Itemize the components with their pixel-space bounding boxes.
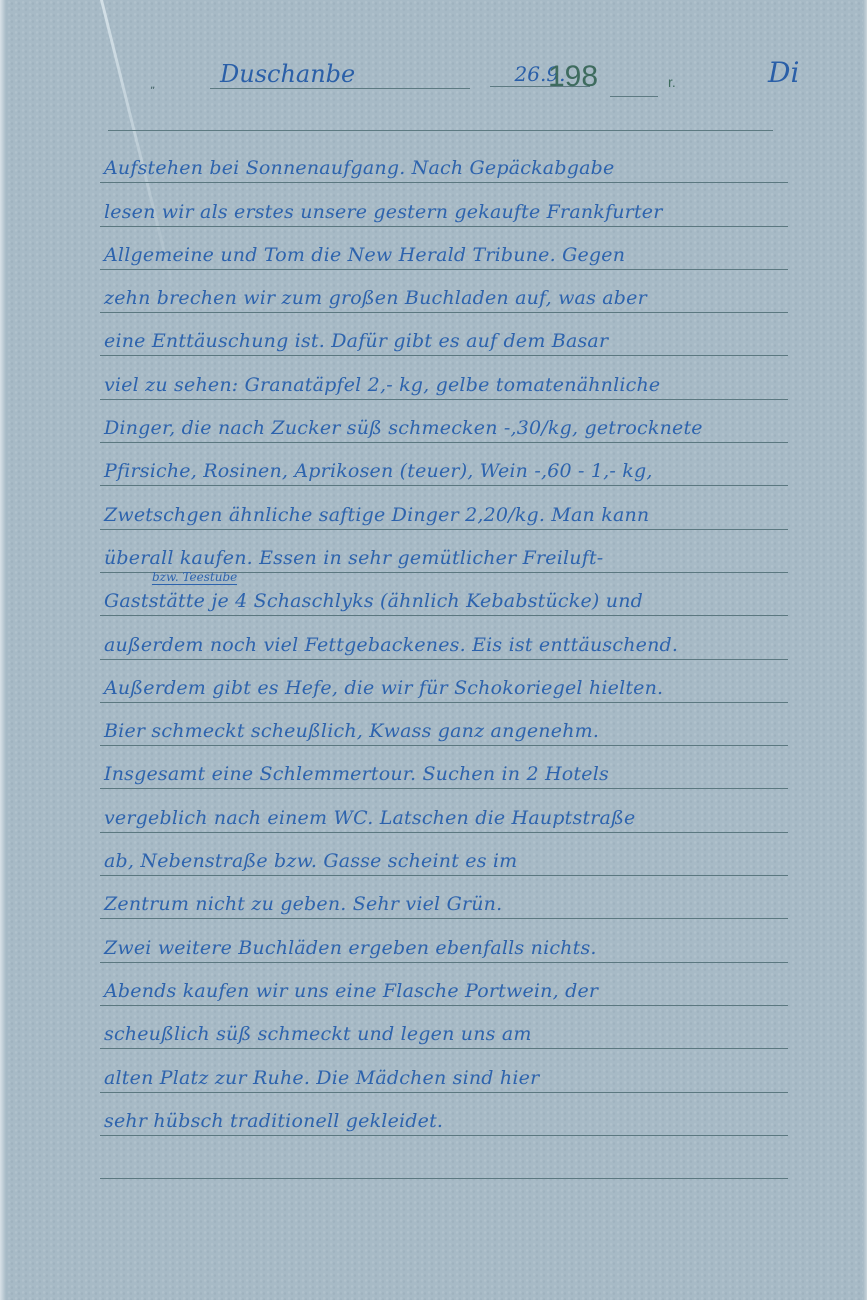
- handwritten-text: Gaststätte je 4 Schaschlyks (ähnlich Keb…: [104, 590, 643, 612]
- handwritten-line: eine Enttäuschung ist. Dafür gibt es auf…: [100, 313, 788, 356]
- handwritten-line: Außerdem gibt es Hefe, die wir für Schok…: [100, 660, 788, 703]
- year-suffix: r.: [668, 74, 676, 90]
- handwritten-text: Dinger, die nach Zucker süß schmecken -,…: [104, 417, 703, 439]
- handwritten-text: alten Platz zur Ruhe. Die Mädchen sind h…: [104, 1067, 539, 1089]
- handwritten-line: ab, Nebenstraße bzw. Gasse scheint es im: [100, 833, 788, 876]
- handwritten-text: Zentrum nicht zu geben. Sehr viel Grün.: [104, 893, 502, 915]
- handwritten-text: Zwei weitere Buchläden ergeben ebenfalls…: [104, 937, 597, 959]
- handwritten-line: Zwei weitere Buchläden ergeben ebenfalls…: [100, 919, 788, 962]
- handwritten-text: Außerdem gibt es Hefe, die wir für Schok…: [104, 677, 663, 699]
- diary-header: „ Duschanbe 26.9. 198 r. Di: [150, 48, 827, 98]
- handwritten-text: überall kaufen. Essen in sehr gemütliche…: [104, 547, 603, 569]
- handwritten-text: Insgesamt eine Schlemmertour. Suchen in …: [104, 763, 609, 785]
- header-rule: [108, 130, 773, 131]
- handwritten-line: lesen wir als erstes unsere gestern geka…: [100, 183, 788, 226]
- handwritten-text: vergeblich nach einem WC. Latschen die H…: [104, 807, 635, 829]
- handwritten-text: außerdem noch viel Fettgebackenes. Eis i…: [104, 634, 678, 656]
- handwritten-text: lesen wir als erstes unsere gestern geka…: [104, 201, 663, 223]
- handwritten-line: vergeblich nach einem WC. Latschen die H…: [100, 789, 788, 832]
- handwritten-line: Zentrum nicht zu geben. Sehr viel Grün.: [100, 876, 788, 919]
- handwritten-text: eine Enttäuschung ist. Dafür gibt es auf…: [104, 330, 608, 352]
- handwritten-text: Aufstehen bei Sonnenaufgang. Nach Gepäck…: [104, 157, 614, 179]
- handwritten-line: zehn brechen wir zum großen Buchladen au…: [100, 270, 788, 313]
- handwritten-line: Insgesamt eine Schlemmertour. Suchen in …: [100, 746, 788, 789]
- handwritten-line: Dinger, die nach Zucker süß schmecken -,…: [100, 400, 788, 443]
- handwritten-text: Pfirsiche, Rosinen, Aprikosen (teuer), W…: [104, 460, 653, 482]
- handwritten-line: überall kaufen. Essen in sehr gemütliche…: [100, 530, 788, 573]
- handwritten-text: Zwetschgen ähnliche saftige Dinger 2,20/…: [104, 504, 649, 526]
- printed-quote-mark: „: [150, 80, 155, 91]
- handwritten-line: Bier schmeckt scheußlich, Kwass ganz ang…: [100, 703, 788, 746]
- handwritten-line: Aufstehen bei Sonnenaufgang. Nach Gepäck…: [100, 140, 788, 183]
- handwritten-text: Bier schmeckt scheußlich, Kwass ganz ang…: [104, 720, 599, 742]
- handwritten-text: ab, Nebenstraße bzw. Gasse scheint es im: [104, 850, 517, 872]
- weekday-field: Di: [768, 56, 799, 89]
- interlinear-insertion: bzw. Teestube: [152, 570, 237, 585]
- place-field: Duschanbe: [210, 60, 470, 89]
- diary-page: „ Duschanbe 26.9. 198 r. Di Aufstehen be…: [0, 0, 867, 1300]
- handwritten-text: zehn brechen wir zum großen Buchladen au…: [104, 287, 647, 309]
- handwritten-line: scheußlich süß schmeckt und legen uns am: [100, 1006, 788, 1049]
- printed-year: 198: [548, 60, 598, 94]
- handwritten-line: alten Platz zur Ruhe. Die Mädchen sind h…: [100, 1049, 788, 1092]
- handwritten-line: Zwetschgen ähnliche saftige Dinger 2,20/…: [100, 486, 788, 529]
- year-blank-line: [610, 96, 658, 97]
- handwritten-text: sehr hübsch traditionell gekleidet.: [104, 1110, 443, 1132]
- handwritten-line: Gaststätte je 4 Schaschlyks (ähnlich Keb…: [100, 573, 788, 616]
- handwritten-line: Abends kaufen wir uns eine Flasche Portw…: [100, 963, 788, 1006]
- ruled-lines: Aufstehen bei Sonnenaufgang. Nach Gepäck…: [100, 140, 800, 1179]
- handwritten-text: Abends kaufen wir uns eine Flasche Portw…: [104, 980, 598, 1002]
- handwritten-line: außerdem noch viel Fettgebackenes. Eis i…: [100, 616, 788, 659]
- handwritten-text: viel zu sehen: Granatäpfel 2,- kg, gelbe…: [104, 374, 660, 396]
- handwritten-line: Allgemeine und Tom die New Herald Tribun…: [100, 227, 788, 270]
- handwritten-text: Allgemeine und Tom die New Herald Tribun…: [104, 244, 625, 266]
- handwritten-line: sehr hübsch traditionell gekleidet.: [100, 1093, 788, 1136]
- handwritten-line: viel zu sehen: Granatäpfel 2,- kg, gelbe…: [100, 356, 788, 399]
- handwritten-text: scheußlich süß schmeckt und legen uns am: [104, 1023, 532, 1045]
- handwritten-line: Pfirsiche, Rosinen, Aprikosen (teuer), W…: [100, 443, 788, 486]
- handwritten-line: [100, 1136, 788, 1179]
